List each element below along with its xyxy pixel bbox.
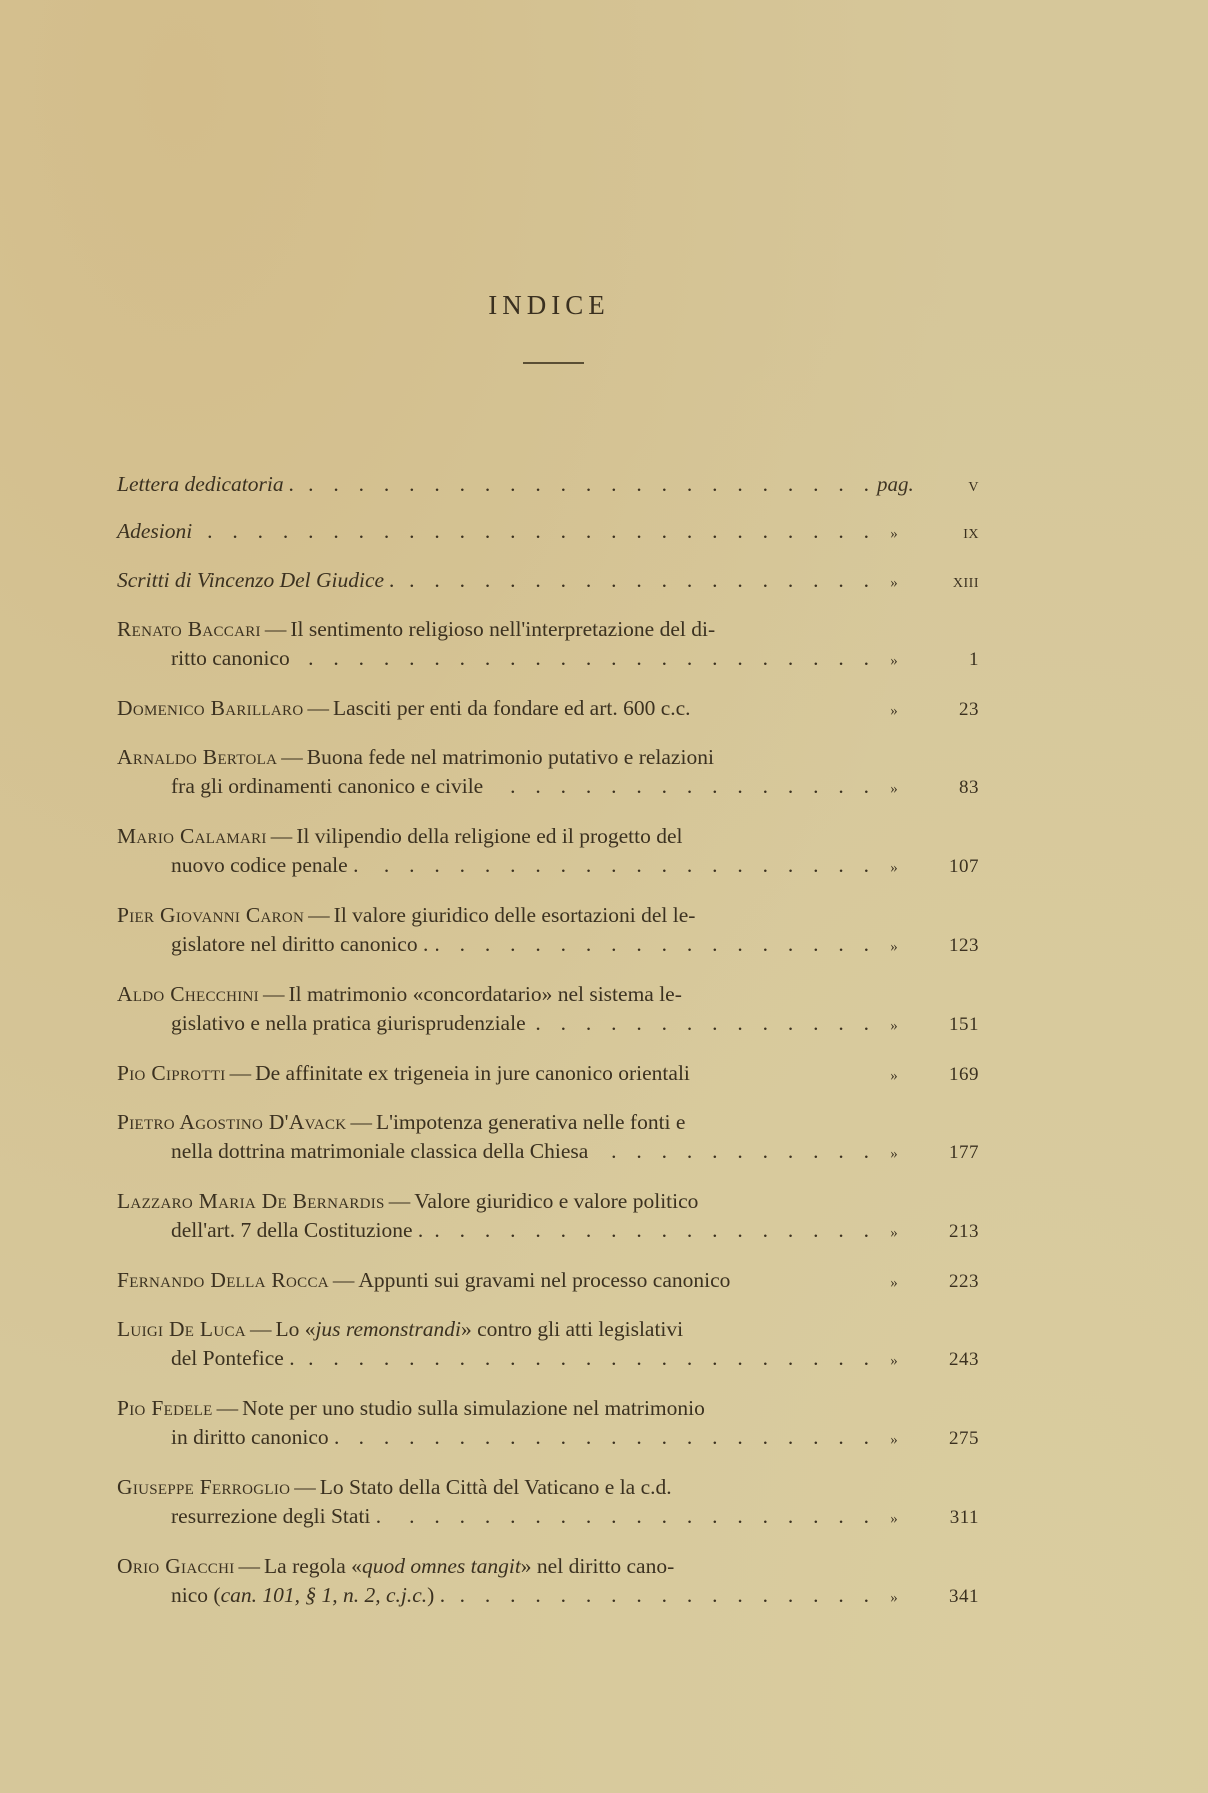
ditto-mark: » xyxy=(869,520,919,549)
dot-leader: . . . . . . . . . . . . . . . . . . . . … xyxy=(389,1502,869,1531)
toc-entry[interactable]: Lettera dedicatoria . . . . . . . . . . … xyxy=(117,470,987,500)
page-title: INDICE xyxy=(0,290,1098,321)
entry-title: Scritti di Vincenzo Del Giudice . xyxy=(117,566,395,595)
entry-title-continued: ritto canonico xyxy=(171,644,290,673)
entry-title-italic: jus remonstrandi xyxy=(315,1317,461,1341)
entry-title: Valore giuridico e valore politico xyxy=(414,1189,698,1213)
entry-author: Aldo Checchini xyxy=(117,982,259,1006)
title-divider xyxy=(523,362,584,364)
entry-title-post: » nel diritto cano- xyxy=(521,1554,674,1578)
dot-leader: . . . . . . . . . . . . . . . . . . . . … xyxy=(491,772,869,801)
dot-leader: . . . . . . . . . . . . . . . . . . . . … xyxy=(436,930,869,959)
entry-author: Pio Fedele xyxy=(117,1396,213,1420)
entry-title: Lo Stato della Città del Vaticano e la c… xyxy=(320,1475,672,1499)
entry-title-continued-italic: can. 101, § 1, n. 2, c.j.c. xyxy=(221,1583,428,1607)
ditto-mark: » xyxy=(869,647,919,676)
toc-entry[interactable]: Domenico Barillaro—Lasciti per enti da f… xyxy=(117,694,987,726)
page-number: 213 xyxy=(929,1217,987,1246)
entry-title: Lasciti per enti da fondare ed art. 600 … xyxy=(333,696,691,720)
page-number: xiii xyxy=(929,567,987,596)
page-number: 169 xyxy=(929,1060,987,1089)
entry-title: Il valore giuridico delle esortazioni de… xyxy=(334,903,696,927)
toc-entry[interactable]: Luigi De Luca—Lo «jus remonstrandi» cont… xyxy=(117,1315,987,1376)
page-number: 275 xyxy=(929,1424,987,1453)
page-number: ix xyxy=(929,518,987,547)
entry-title-continued: gislatore nel diritto canonico . xyxy=(171,930,428,959)
entry-title-continued: gislativo e nella pratica giurisprudenzi… xyxy=(171,1009,526,1038)
entry-author: Arnaldo Bertola xyxy=(117,745,277,769)
entry-author: Luigi De Luca xyxy=(117,1317,246,1341)
entry-title: Appunti sui gravami nel processo canonic… xyxy=(358,1268,730,1292)
entry-title-continued: nuovo codice penale . xyxy=(171,851,358,880)
ditto-mark: » xyxy=(869,1140,919,1169)
page-number: 177 xyxy=(929,1138,987,1167)
toc-entry[interactable]: Fernando Della Rocca—Appunti sui gravami… xyxy=(117,1266,987,1298)
entry-title-continued: dell'art. 7 della Costituzione . xyxy=(171,1216,423,1245)
ditto-mark: » xyxy=(869,1505,919,1534)
entry-title-continued: del Pontefice . xyxy=(171,1344,295,1373)
toc-entry[interactable]: Pier Giovanni Caron—Il valore giuridico … xyxy=(117,901,987,962)
ditto-mark: » xyxy=(869,569,919,598)
dot-leader: . . . . . . . . . . . . . . . . . . . . … xyxy=(347,1423,869,1452)
ditto-mark: » xyxy=(869,1269,919,1298)
entry-author: Pietro Agostino D'Avack xyxy=(117,1110,346,1134)
page-number: 1 xyxy=(929,645,987,674)
entry-title: Lettera dedicatoria . xyxy=(117,470,294,499)
page-number: v xyxy=(929,471,987,500)
toc-entry[interactable]: Adesioni . . . . . . . . . . . . . . . .… xyxy=(117,517,987,549)
entry-title: De affinitate ex trigeneia in jure canon… xyxy=(255,1061,690,1085)
ditto-mark: » xyxy=(869,775,919,804)
entry-title: Il sentimento religioso nell'interpretaz… xyxy=(290,617,715,641)
dot-leader: . . . . . . . . . . . . . . . . . . . . … xyxy=(298,644,869,673)
entry-title-continued-post: ) . xyxy=(427,1583,445,1607)
page-number: 341 xyxy=(929,1582,987,1611)
entry-title-continued: nella dottrina matrimoniale classica del… xyxy=(171,1137,588,1166)
toc-entry[interactable]: Pietro Agostino D'Avack—L'impotenza gene… xyxy=(117,1108,987,1169)
entry-title-continued-pre: nico ( xyxy=(171,1583,221,1607)
ditto-mark: » xyxy=(869,854,919,883)
entry-title: L'impotenza generativa nelle fonti e xyxy=(376,1110,686,1134)
entry-title-continued: in diritto canonico . xyxy=(171,1423,339,1452)
entry-author: Orio Giacchi xyxy=(117,1554,235,1578)
page-number: 223 xyxy=(929,1267,987,1296)
dot-leader: . . . . . . . . . . . . . . . . . . . . … xyxy=(596,1137,869,1166)
ditto-mark: » xyxy=(869,1426,919,1455)
entry-author: Mario Calamari xyxy=(117,824,267,848)
entry-author: Lazzaro Maria De Bernardis xyxy=(117,1189,385,1213)
page-number: 151 xyxy=(929,1010,987,1039)
book-page: INDICE Lettera dedicatoria . . . . . . .… xyxy=(0,0,1208,1793)
entry-author: Giuseppe Ferroglio xyxy=(117,1475,290,1499)
ditto-mark: » xyxy=(869,1347,919,1376)
toc-entry[interactable]: Pio Fedele—Note per uno studio sulla sim… xyxy=(117,1394,987,1455)
entry-title-pre: La regola « xyxy=(264,1554,362,1578)
toc-entry[interactable]: Aldo Checchini—Il matrimonio «concordata… xyxy=(117,980,987,1041)
entry-author: Pio Ciprotti xyxy=(117,1061,226,1085)
entry-title: Note per uno studio sulla simulazione ne… xyxy=(242,1396,705,1420)
entry-title: Buona fede nel matrimonio putativo e rel… xyxy=(307,745,714,769)
ditto-mark: » xyxy=(869,697,919,726)
ditto-mark: » xyxy=(869,933,919,962)
ditto-mark: » xyxy=(869,1062,919,1091)
page-number: 311 xyxy=(929,1503,987,1532)
page-number: 123 xyxy=(929,931,987,960)
page-number: 23 xyxy=(929,695,987,724)
entry-title-continued: fra gli ordinamenti canonico e civile xyxy=(171,772,483,801)
toc-entry[interactable]: Pio Ciprotti—De affinitate ex trigeneia … xyxy=(117,1059,987,1091)
entry-title: Adesioni xyxy=(117,517,192,546)
page-number: 83 xyxy=(929,773,987,802)
ditto-mark: » xyxy=(869,1219,919,1248)
dot-leader: . . . . . . . . . . . . . . . . . . . . … xyxy=(431,1216,869,1245)
toc-entry[interactable]: Scritti di Vincenzo Del Giudice . . . . … xyxy=(117,566,987,598)
entry-title: Il matrimonio «concordatario» nel sistem… xyxy=(288,982,681,1006)
dot-leader: . . . . . . . . . . . . . . . . . . . . … xyxy=(303,1344,869,1373)
entry-author: Pier Giovanni Caron xyxy=(117,903,304,927)
ditto-mark: » xyxy=(869,1584,919,1613)
dot-leader: . . . . . . . . . . . . . . . . . . . . … xyxy=(403,566,869,595)
toc-entry[interactable]: Mario Calamari—Il vilipendio della relig… xyxy=(117,822,987,883)
table-of-contents: Lettera dedicatoria . . . . . . . . . . … xyxy=(117,470,987,1631)
entry-title: Il vilipendio della religione ed il prog… xyxy=(296,824,682,848)
dot-leader: . . . . . . . . . . . . . . . . . . . . … xyxy=(366,851,869,880)
page-label: pag. xyxy=(869,470,927,499)
dot-leader: . . . . . . . . . . . . . . . . . . . . … xyxy=(200,517,869,546)
dot-leader: . . . . . . . . . . . . . . . . . . . . … xyxy=(453,1581,869,1610)
toc-entry[interactable]: Giuseppe Ferroglio—Lo Stato della Città … xyxy=(117,1473,987,1534)
entry-author: Renato Baccari xyxy=(117,617,261,641)
toc-entry[interactable]: Orio Giacchi—La regola «quod omnes tangi… xyxy=(117,1552,987,1613)
page-number: 243 xyxy=(929,1345,987,1374)
entry-author: Domenico Barillaro xyxy=(117,696,303,720)
entry-title-pre: Lo « xyxy=(275,1317,315,1341)
toc-entry[interactable]: Arnaldo Bertola—Buona fede nel matrimoni… xyxy=(117,743,987,804)
entry-title-italic: quod omnes tangit xyxy=(362,1554,521,1578)
toc-entry[interactable]: Lazzaro Maria De Bernardis—Valore giurid… xyxy=(117,1187,987,1248)
entry-title-post: » contro gli atti legislativi xyxy=(461,1317,683,1341)
dot-leader: . . . . . . . . . . . . . . . . . . . . … xyxy=(302,470,869,499)
dot-leader: . . . . . . . . . . . . . . . . . . . . … xyxy=(534,1009,869,1038)
toc-entry[interactable]: Renato Baccari—Il sentimento religioso n… xyxy=(117,615,987,676)
entry-title-continued: resurrezione degli Stati . xyxy=(171,1502,381,1531)
page-number: 107 xyxy=(929,852,987,881)
entry-author: Fernando Della Rocca xyxy=(117,1268,329,1292)
ditto-mark: » xyxy=(869,1012,919,1041)
